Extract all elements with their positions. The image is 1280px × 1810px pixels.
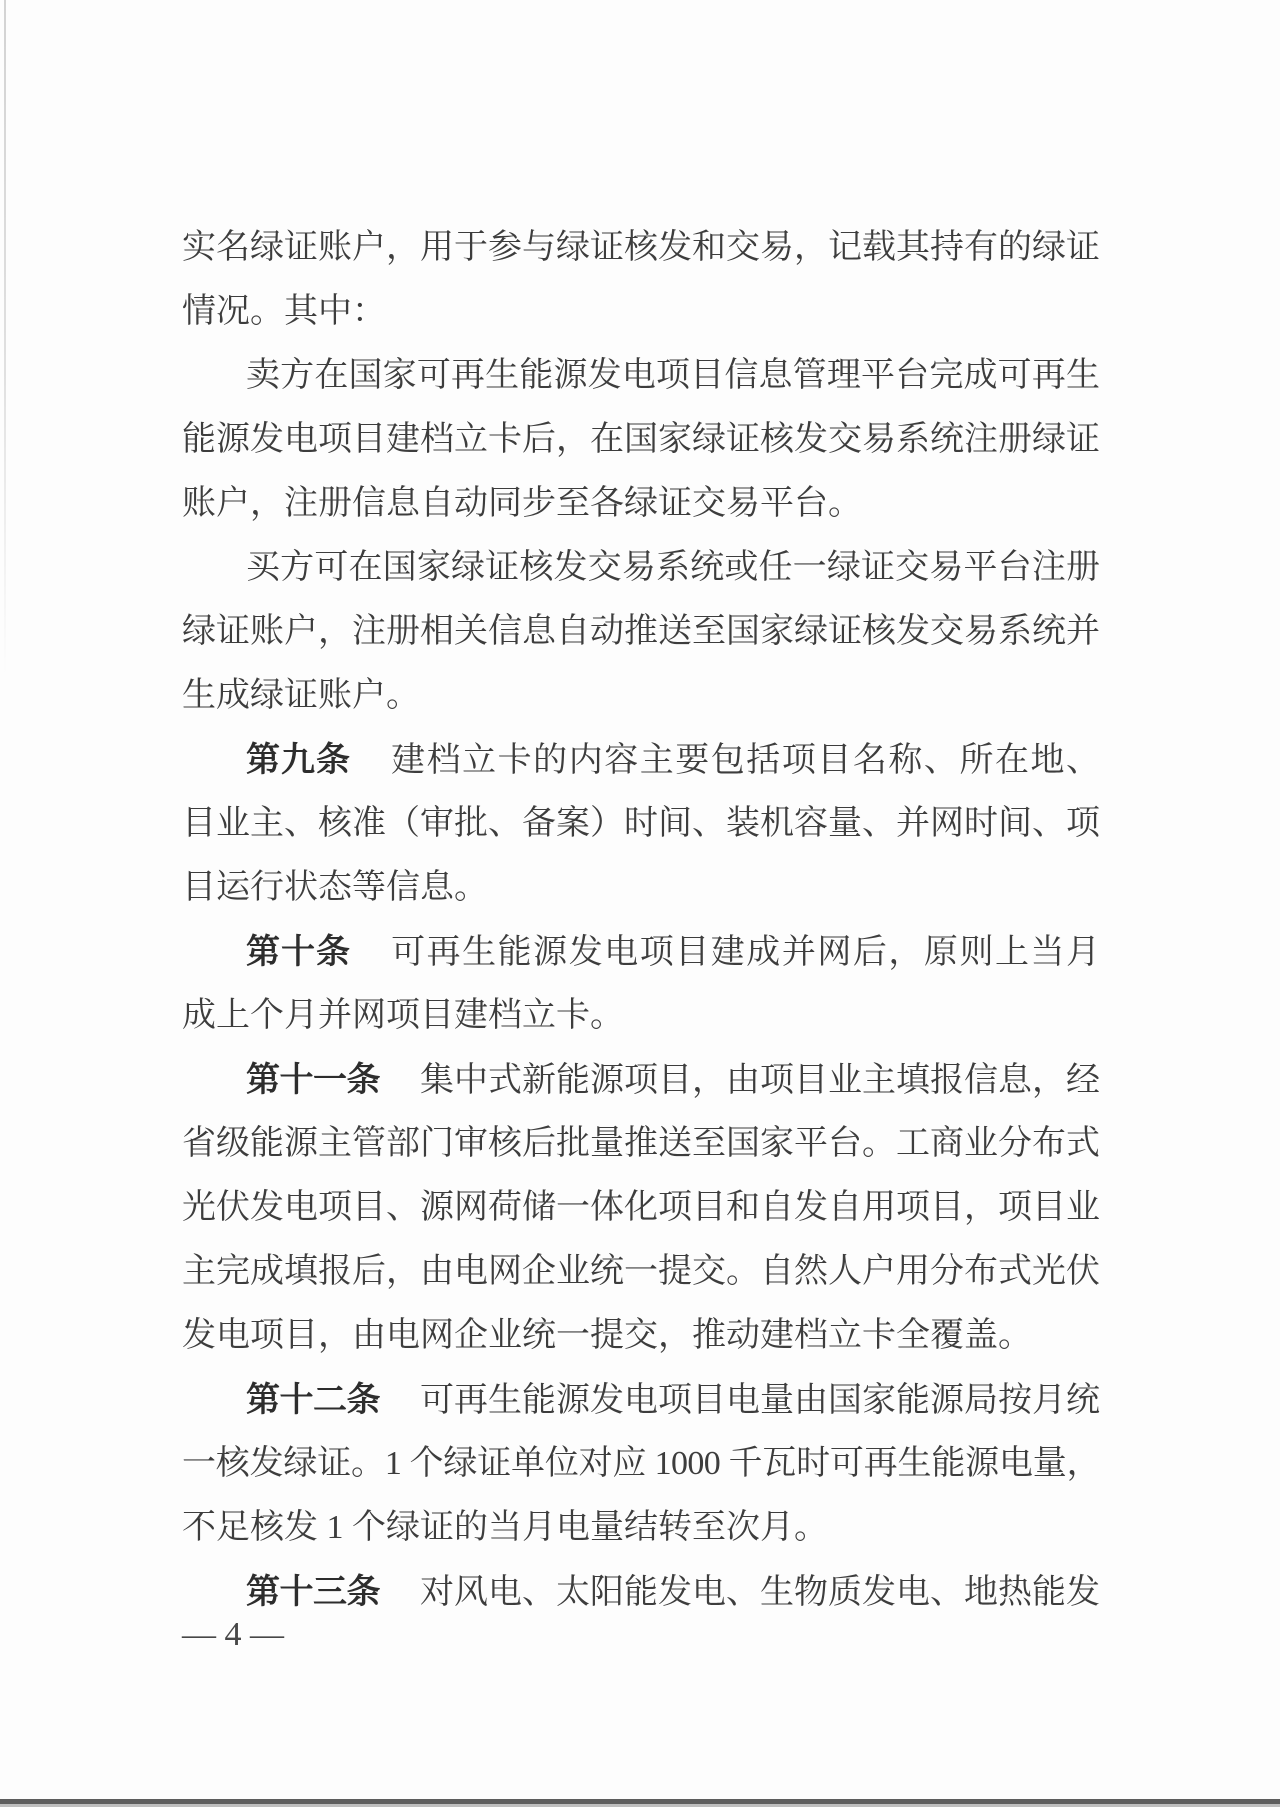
- text-line: 第十一条集中式新能源项目，由项目业主填报信息，经: [182, 1048, 1100, 1112]
- text-line: 成上个月并网项目建档立卡。: [182, 984, 1100, 1048]
- page-number: — 4 —: [182, 1613, 284, 1657]
- text-line: 一核发绿证。1 个绿证单位对应 1000 千瓦时可再生能源电量，: [182, 1432, 1100, 1496]
- line-text: 光伏发电项目、源网荷储一体化项目和自发自用项目，项目业: [182, 1189, 1100, 1226]
- line-text: 不足核发 1 个绿证的当月电量结转至次月。: [182, 1509, 828, 1546]
- article-heading-10: 第十条: [246, 933, 351, 971]
- line-text: 生成绿证账户。: [182, 677, 420, 714]
- text-line: 生成绿证账户。: [182, 664, 1100, 728]
- text-line: 光伏发电项目、源网荷储一体化项目和自发自用项目，项目业: [182, 1176, 1100, 1240]
- text-line: 不足核发 1 个绿证的当月电量结转至次月。: [182, 1496, 1100, 1560]
- scanned-document-page: 实名绿证账户，用于参与绿证核发和交易，记载其持有的绿证 情况。其中： 卖方在国家…: [0, 0, 1280, 1810]
- text-line: 主完成填报后，由电网企业统一提交。自然人户用分布式光伏: [182, 1240, 1100, 1304]
- text-line: 第十条可再生能源发电项目建成并网后，原则上当月完: [182, 920, 1100, 984]
- text-line: 绿证账户，注册相关信息自动推送至国家绿证核发交易系统并: [182, 600, 1100, 664]
- text-line: 第九条建档立卡的内容主要包括项目名称、所在地、项: [182, 728, 1100, 792]
- line-text: 情况。其中：: [182, 293, 386, 330]
- scan-edge-artifact-bottom-soft: [0, 1804, 1280, 1807]
- line-text: 目业主、核准（审批、备案）时间、装机容量、并网时间、项: [182, 805, 1100, 842]
- line-text: 对风电、太阳能发电、生物质发电、地热能发: [420, 1574, 1100, 1611]
- text-line: 目业主、核准（审批、备案）时间、装机容量、并网时间、项: [182, 792, 1100, 856]
- line-text: 发电项目，由电网企业统一提交，推动建档立卡全覆盖。: [182, 1317, 1032, 1354]
- line-text: 卖方在国家可再生能源发电项目信息管理平台完成可再生: [246, 357, 1100, 394]
- document-body: 实名绿证账户，用于参与绿证核发和交易，记载其持有的绿证 情况。其中： 卖方在国家…: [182, 216, 1100, 1624]
- text-line: 账户，注册信息自动同步至各绿证交易平台。: [182, 472, 1100, 536]
- line-text: 可再生能源发电项目建成并网后，原则上当月完: [246, 934, 1100, 984]
- article-heading-11: 第十一条: [246, 1061, 380, 1099]
- text-line: 情况。其中：: [182, 280, 1100, 344]
- line-text: 能源发电项目建档立卡后，在国家绿证核发交易系统注册绿证: [182, 421, 1100, 458]
- line-text: 集中式新能源项目，由项目业主填报信息，经: [420, 1062, 1100, 1099]
- text-line: 第十二条可再生能源发电项目电量由国家能源局按月统: [182, 1368, 1100, 1432]
- scan-edge-artifact-left: [4, 0, 6, 675]
- text-line: 买方可在国家绿证核发交易系统或任一绿证交易平台注册: [182, 536, 1100, 600]
- text-line: 目运行状态等信息。: [182, 856, 1100, 920]
- line-text: 省级能源主管部门审核后批量推送至国家平台。工商业分布式: [182, 1125, 1100, 1162]
- line-text: 实名绿证账户，用于参与绿证核发和交易，记载其持有的绿证: [182, 229, 1100, 266]
- line-text: 建档立卡的内容主要包括项目名称、所在地、项: [246, 742, 1100, 792]
- line-text: 买方可在国家绿证核发交易系统或任一绿证交易平台注册: [246, 549, 1100, 586]
- text-line: 省级能源主管部门审核后批量推送至国家平台。工商业分布式: [182, 1112, 1100, 1176]
- line-text: 成上个月并网项目建档立卡。: [182, 997, 624, 1034]
- article-heading-12: 第十二条: [246, 1381, 380, 1419]
- article-heading-13: 第十三条: [246, 1573, 380, 1611]
- text-line: 卖方在国家可再生能源发电项目信息管理平台完成可再生: [182, 344, 1100, 408]
- article-heading-9: 第九条: [246, 741, 351, 779]
- line-text: 目运行状态等信息。: [182, 869, 488, 906]
- line-text: 可再生能源发电项目电量由国家能源局按月统: [420, 1382, 1100, 1419]
- text-line: 发电项目，由电网企业统一提交，推动建档立卡全覆盖。: [182, 1304, 1100, 1368]
- text-line: 能源发电项目建档立卡后，在国家绿证核发交易系统注册绿证: [182, 408, 1100, 472]
- line-text: 绿证账户，注册相关信息自动推送至国家绿证核发交易系统并: [182, 613, 1100, 650]
- line-text: 一核发绿证。1 个绿证单位对应 1000 千瓦时可再生能源电量，: [182, 1445, 1100, 1482]
- line-text: 账户，注册信息自动同步至各绿证交易平台。: [182, 485, 862, 522]
- text-line: 第十三条对风电、太阳能发电、生物质发电、地热能发: [182, 1560, 1100, 1624]
- text-line: 实名绿证账户，用于参与绿证核发和交易，记载其持有的绿证: [182, 216, 1100, 280]
- line-text: 主完成填报后，由电网企业统一提交。自然人户用分布式光伏: [182, 1253, 1100, 1290]
